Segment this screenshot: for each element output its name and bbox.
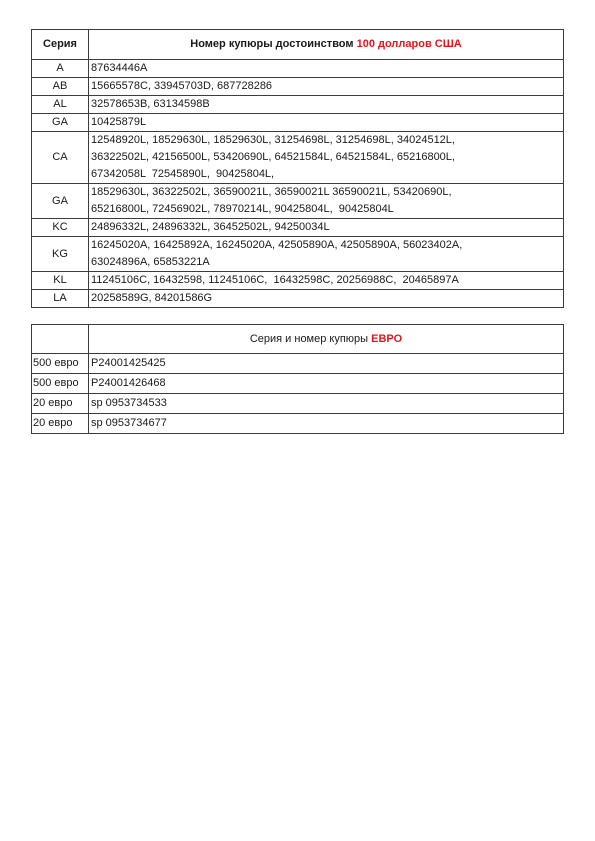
serial-number-cell: P24001426468 — [89, 374, 564, 394]
eur-banknotes-table: Серия и номер купюры ЕВРО 500 евроP24001… — [31, 324, 564, 434]
serial-line: 15665578C, 33945703D, 687728286 — [91, 78, 561, 95]
eur-table-body: 500 евроP24001425425500 евроP24001426468… — [32, 354, 564, 434]
table-row: AL32578653B, 63134598B — [32, 96, 564, 114]
serial-line: 87634446A — [91, 60, 561, 77]
serial-number-cell: sp 0953734677 — [89, 414, 564, 434]
eur-currency-highlight: ЕВРО — [371, 333, 402, 345]
table-row: GA18529630L, 36322502L, 36590021L, 36590… — [32, 184, 564, 219]
series-cell: KL — [32, 272, 89, 290]
series-cell: KC — [32, 219, 89, 237]
serial-line: 11245106C, 16432598, 11245106C, 16432598… — [91, 272, 561, 289]
table-row: 20 евроsp 0953734533 — [32, 394, 564, 414]
serial-numbers-cell: 12548920L, 18529630L, 18529630L, 3125469… — [89, 132, 564, 184]
number-column-header: Номер купюры достоинством 100 долларов С… — [89, 30, 564, 60]
usd-table-header: Серия Номер купюры достоинством 100 долл… — [32, 30, 564, 60]
series-cell: AB — [32, 78, 89, 96]
serial-numbers-cell: 18529630L, 36322502L, 36590021L, 3659002… — [89, 184, 564, 219]
usd-banknotes-table: Серия Номер купюры достоинством 100 долл… — [31, 29, 564, 308]
serial-line: 65216800L, 72456902L, 78970214L, 9042580… — [91, 201, 561, 218]
serial-numbers-cell: 20258589G, 84201586G — [89, 290, 564, 308]
eur-header-text: Серия и номер купюры — [250, 333, 371, 345]
series-column-header: Серия — [32, 30, 89, 60]
serial-numbers-cell: 16245020A, 16425892A, 16245020A, 4250589… — [89, 237, 564, 272]
denomination-cell: 20 евро — [32, 394, 89, 414]
denomination-cell: 500 евро — [32, 354, 89, 374]
serial-numbers-cell: 11245106C, 16432598, 11245106C, 16432598… — [89, 272, 564, 290]
serial-numbers-cell: 32578653B, 63134598B — [89, 96, 564, 114]
table-row: KL11245106C, 16432598, 11245106C, 164325… — [32, 272, 564, 290]
serial-line: 67342058L 72545890L, 90425804L, — [91, 166, 561, 183]
serial-line: 16245020A, 16425892A, 16245020A, 4250589… — [91, 237, 561, 254]
table-row: A87634446A — [32, 60, 564, 78]
denomination-cell: 20 евро — [32, 414, 89, 434]
table-row: KC24896332L, 24896332L, 36452502L, 94250… — [32, 219, 564, 237]
denomination-cell: 500 евро — [32, 374, 89, 394]
table-row: CA12548920L, 18529630L, 18529630L, 31254… — [32, 132, 564, 184]
eur-number-column-header: Серия и номер купюры ЕВРО — [89, 325, 564, 354]
table-row: 500 евроP24001425425 — [32, 354, 564, 374]
serial-numbers-cell: 10425879L — [89, 114, 564, 132]
serial-number-cell: P24001425425 — [89, 354, 564, 374]
eur-table-header: Серия и номер купюры ЕВРО — [32, 325, 564, 354]
series-cell: GA — [32, 184, 89, 219]
series-cell: AL — [32, 96, 89, 114]
serial-line: 63024896A, 65853221A — [91, 254, 561, 271]
series-cell: KG — [32, 237, 89, 272]
series-cell: GA — [32, 114, 89, 132]
table-row: 20 евроsp 0953734677 — [32, 414, 564, 434]
serial-line: 18529630L, 36322502L, 36590021L, 3659002… — [91, 184, 561, 201]
table-row: GA10425879L — [32, 114, 564, 132]
serial-line: 10425879L — [91, 114, 561, 131]
denomination-column-header — [32, 325, 89, 354]
currency-highlight: 100 долларов США — [357, 38, 462, 50]
table-row: KG16245020A, 16425892A, 16245020A, 42505… — [32, 237, 564, 272]
usd-table-body: A87634446AAB15665578C, 33945703D, 687728… — [32, 60, 564, 308]
table-row: AB15665578C, 33945703D, 687728286 — [32, 78, 564, 96]
table-row: 500 евроP24001426468 — [32, 374, 564, 394]
series-cell: LA — [32, 290, 89, 308]
serial-line: 24896332L, 24896332L, 36452502L, 9425003… — [91, 219, 561, 236]
serial-line: 36322502L, 42156500L, 53420690L, 6452158… — [91, 149, 561, 166]
series-cell: A — [32, 60, 89, 78]
serial-line: 20258589G, 84201586G — [91, 290, 561, 307]
serial-numbers-cell: 15665578C, 33945703D, 687728286 — [89, 78, 564, 96]
table-row: LA20258589G, 84201586G — [32, 290, 564, 308]
number-header-text: Номер купюры достоинством — [190, 38, 356, 50]
serial-numbers-cell: 24896332L, 24896332L, 36452502L, 9425003… — [89, 219, 564, 237]
serial-numbers-cell: 87634446A — [89, 60, 564, 78]
serial-line: 32578653B, 63134598B — [91, 96, 561, 113]
series-cell: CA — [32, 132, 89, 184]
serial-line: 12548920L, 18529630L, 18529630L, 3125469… — [91, 132, 561, 149]
serial-number-cell: sp 0953734533 — [89, 394, 564, 414]
